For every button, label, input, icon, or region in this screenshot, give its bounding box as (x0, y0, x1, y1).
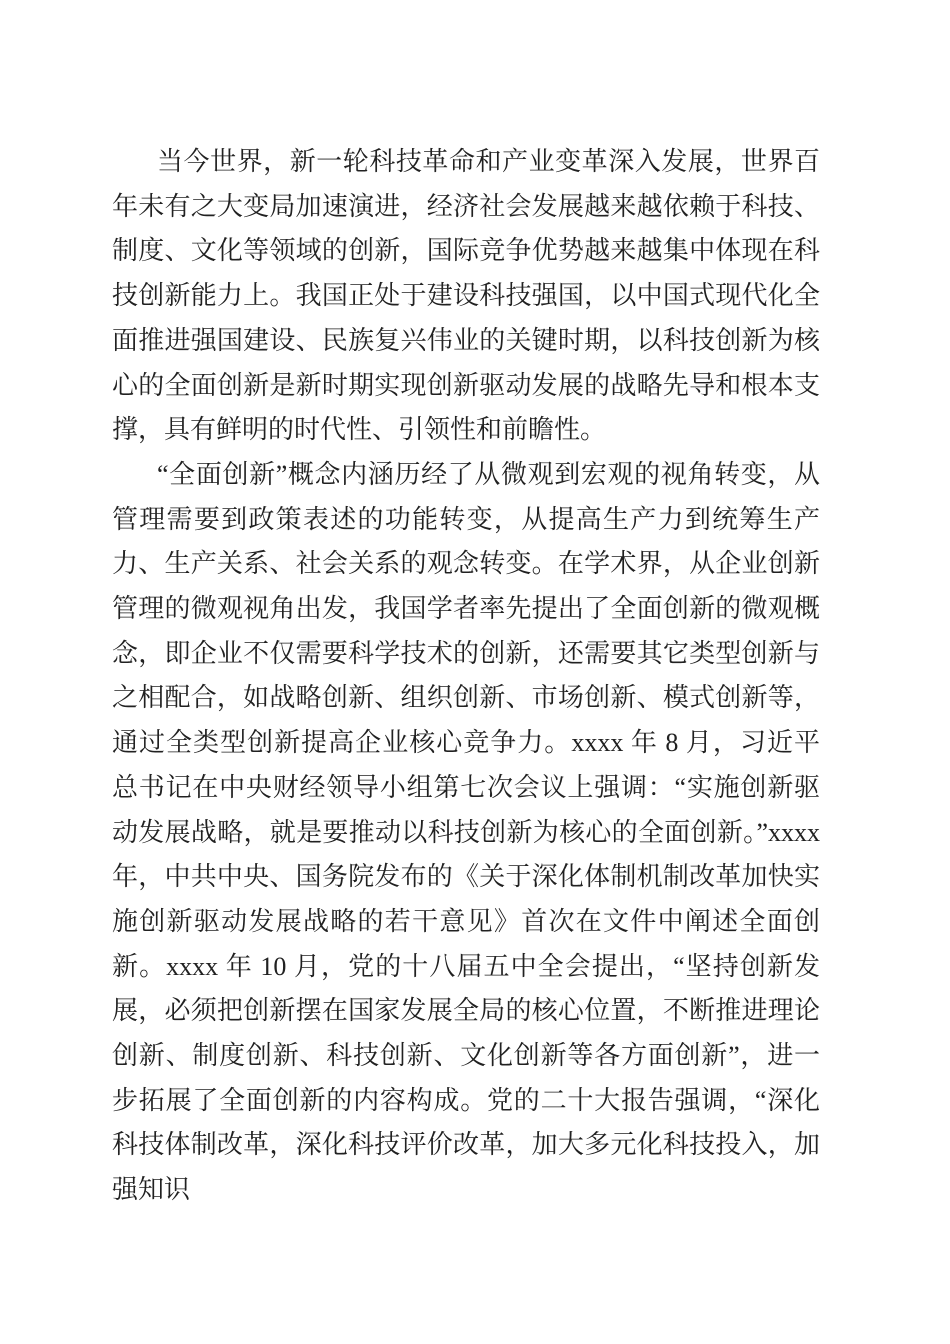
paragraph-2: “全面创新”概念内涵历经了从微观到宏观的视角转变，从管理需要到政策表述的功能转变… (112, 453, 820, 1213)
document-body: 当今世界，新一轮科技革命和产业变革深入发展，世界百年未有之大变局加速演进，经济社… (112, 140, 820, 1213)
document-page: 当今世界，新一轮科技革命和产业变革深入发展，世界百年未有之大变局加速演进，经济社… (0, 0, 950, 1344)
paragraph-1: 当今世界，新一轮科技革命和产业变革深入发展，世界百年未有之大变局加速演进，经济社… (112, 140, 820, 453)
